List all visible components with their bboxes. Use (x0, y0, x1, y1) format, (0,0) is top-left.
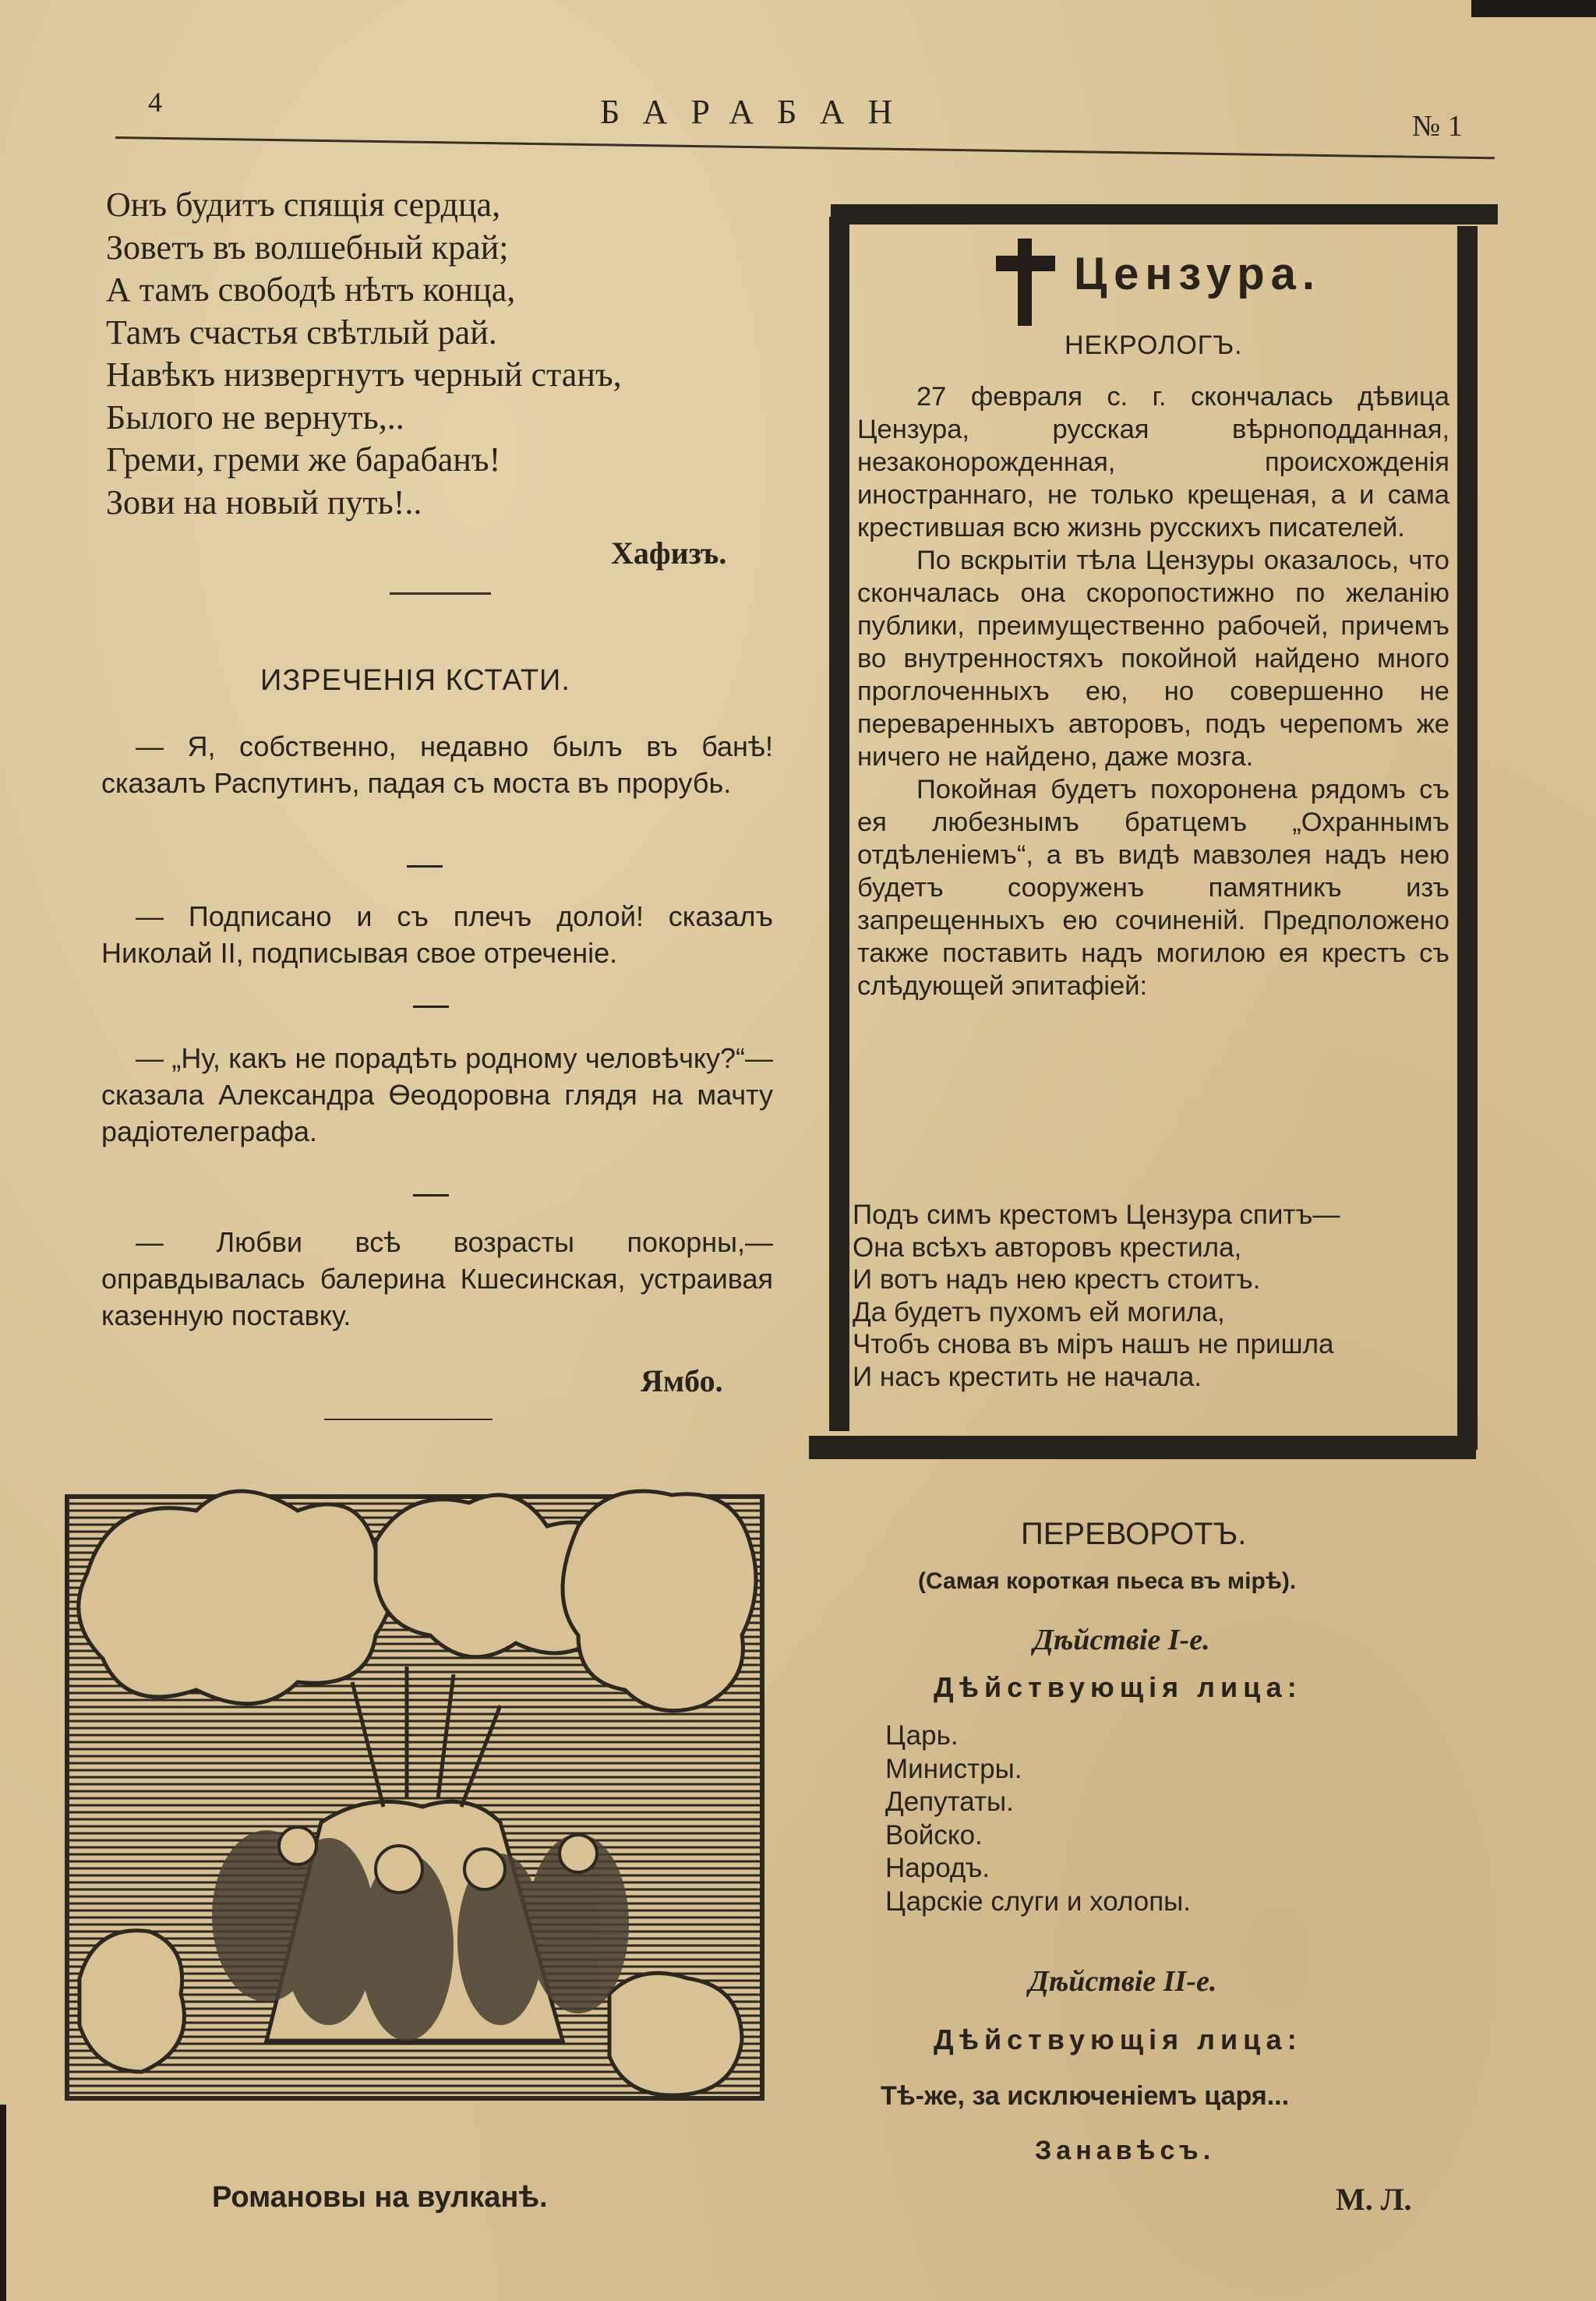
cross-icon (996, 239, 1055, 326)
poem-line: Навѣкъ низвергнутъ черный станъ, (106, 354, 622, 397)
epitaph: Подъ симъ крестомъ Цензура спитъ— Она вс… (853, 1199, 1340, 1393)
obituary-paragraph: 27 февраля с. г. скончалась дѣвица Цензу… (857, 380, 1449, 544)
separator (413, 1194, 449, 1201)
obituary-title: Цензура. (1074, 248, 1321, 300)
play-signature: М. Л. (1336, 2181, 1412, 2218)
paragraph-text: 27 февраля с. г. скончалась дѣвица Цензу… (857, 382, 1449, 543)
cast-list: Царь. Министры. Депутаты. Войско. Народъ… (885, 1720, 1191, 1918)
illustration-caption: Романовы на вулканѣ. (212, 2181, 548, 2214)
newspaper-page: 4 БАРАБАН № 1 Онъ будитъ спящія сердца, … (0, 0, 1596, 2301)
poem-line: Онъ будитъ спящія сердца, (106, 184, 622, 227)
obituary-subtitle: НЕКРОЛОГЪ. (1065, 330, 1243, 361)
cast-item: Войско. (885, 1819, 1191, 1853)
cast-item: Царь. (885, 1720, 1191, 1753)
separator (407, 865, 443, 872)
saying-item: — „Ну, какъ не порадѣть родному человѣчк… (101, 1040, 773, 1150)
paragraph-text: Покойная будетъ похоронена рядомъ съ ея … (857, 775, 1449, 1001)
cast-item: Министры. (885, 1753, 1191, 1787)
epitaph-line: Подъ симъ крестомъ Цензура спитъ— (853, 1199, 1340, 1232)
epitaph-line: Чтобъ снова въ міръ нашъ не пришла (853, 1328, 1340, 1361)
cast-item: Царскіе слуги и холопы. (885, 1886, 1191, 1919)
header-rule (115, 136, 1495, 159)
obituary-frame-right (1457, 226, 1478, 1450)
saying-text: — „Ну, какъ не порадѣть родному человѣчк… (101, 1042, 773, 1147)
section-divider (390, 592, 491, 595)
obituary-frame-top (831, 204, 1498, 224)
act-2-heading: Дѣйствіе II-е. (1029, 1964, 1216, 1999)
paragraph-text: По вскрытіи тѣла Цензуры оказалось, что … (857, 546, 1449, 772)
saying-text: — Подписано и съ плечъ долой! сказалъ Ни… (101, 900, 773, 969)
poem-line: Зови на новый путь!.. (106, 482, 622, 525)
cast-item: Народъ. (885, 1852, 1191, 1886)
act-1-heading: Дѣйствіе I-е. (1033, 1623, 1210, 1657)
poem-line: Былого не вернуть,.. (106, 397, 622, 440)
volcano-illustration (64, 1479, 765, 2130)
obituary-paragraph: Покойная будетъ похоронена рядомъ съ ея … (857, 773, 1449, 1002)
saying-text: — Я, собственно, недавно былъ въ банѣ! с… (101, 730, 773, 799)
separator (413, 1006, 449, 1013)
section-divider (324, 1419, 493, 1420)
epitaph-line: И вотъ надъ нею крестъ стоитъ. (853, 1264, 1340, 1296)
obituary-body: 27 февраля с. г. скончалась дѣвица Цензу… (857, 380, 1449, 1002)
poem-signature: Хафизъ. (611, 535, 726, 571)
epitaph-line: Да будетъ пухомъ ей могила, (853, 1296, 1340, 1329)
sayings-signature: Ямбо. (641, 1363, 723, 1399)
obituary-frame-bottom (809, 1436, 1476, 1459)
obituary-frame-left (829, 217, 849, 1431)
play-subtitle: (Самая короткая пьеса въ мірѣ). (918, 1568, 1296, 1595)
act-1-persons-heading: Дѣйствующія лица: (934, 1671, 1302, 1704)
issue-number: № 1 (1412, 109, 1463, 143)
epitaph-line: Она всѣхъ авторовъ крестила, (853, 1232, 1340, 1264)
scan-edge (0, 2105, 6, 2301)
saying-item: — Я, собственно, недавно былъ въ банѣ! с… (101, 728, 773, 801)
poem-line: Зоветъ въ волшебный край; (106, 227, 622, 270)
poem-line: Греми, греми же барабанъ! (106, 439, 622, 482)
cast-item: Депутаты. (885, 1786, 1191, 1819)
saying-item: — Любви всѣ возрасты покорны,—оправдывал… (101, 1224, 773, 1334)
sayings-title: ИЗРЕЧЕНІЯ КСТАТИ. (260, 664, 570, 698)
curtain: Занавѣсъ. (1035, 2136, 1215, 2166)
act-2-line: Тѣ-же, за исключеніемъ царя... (881, 2081, 1289, 2112)
obituary-paragraph: По вскрытіи тѣла Цензуры оказалось, что … (857, 544, 1449, 773)
saying-text: — Любви всѣ возрасты покорны,—оправдывал… (101, 1226, 773, 1331)
masthead-title: БАРАБАН (600, 92, 916, 132)
epitaph-line: И насъ крестить не начала. (853, 1361, 1340, 1394)
poem-line: А тамъ свободѣ нѣтъ конца, (106, 269, 622, 312)
poem: Онъ будитъ спящія сердца, Зоветъ въ волш… (106, 184, 622, 524)
page-number: 4 (148, 86, 162, 118)
poem-line: Тамъ счастья свѣтлый рай. (106, 312, 622, 355)
play-title: ПЕРЕВОРОТЪ. (1021, 1517, 1246, 1552)
saying-item: — Подписано и съ плечъ долой! сказалъ Ни… (101, 898, 773, 971)
act-2-persons-heading: Дѣйствующія лица: (934, 2024, 1302, 2056)
scan-edge (1471, 0, 1596, 17)
